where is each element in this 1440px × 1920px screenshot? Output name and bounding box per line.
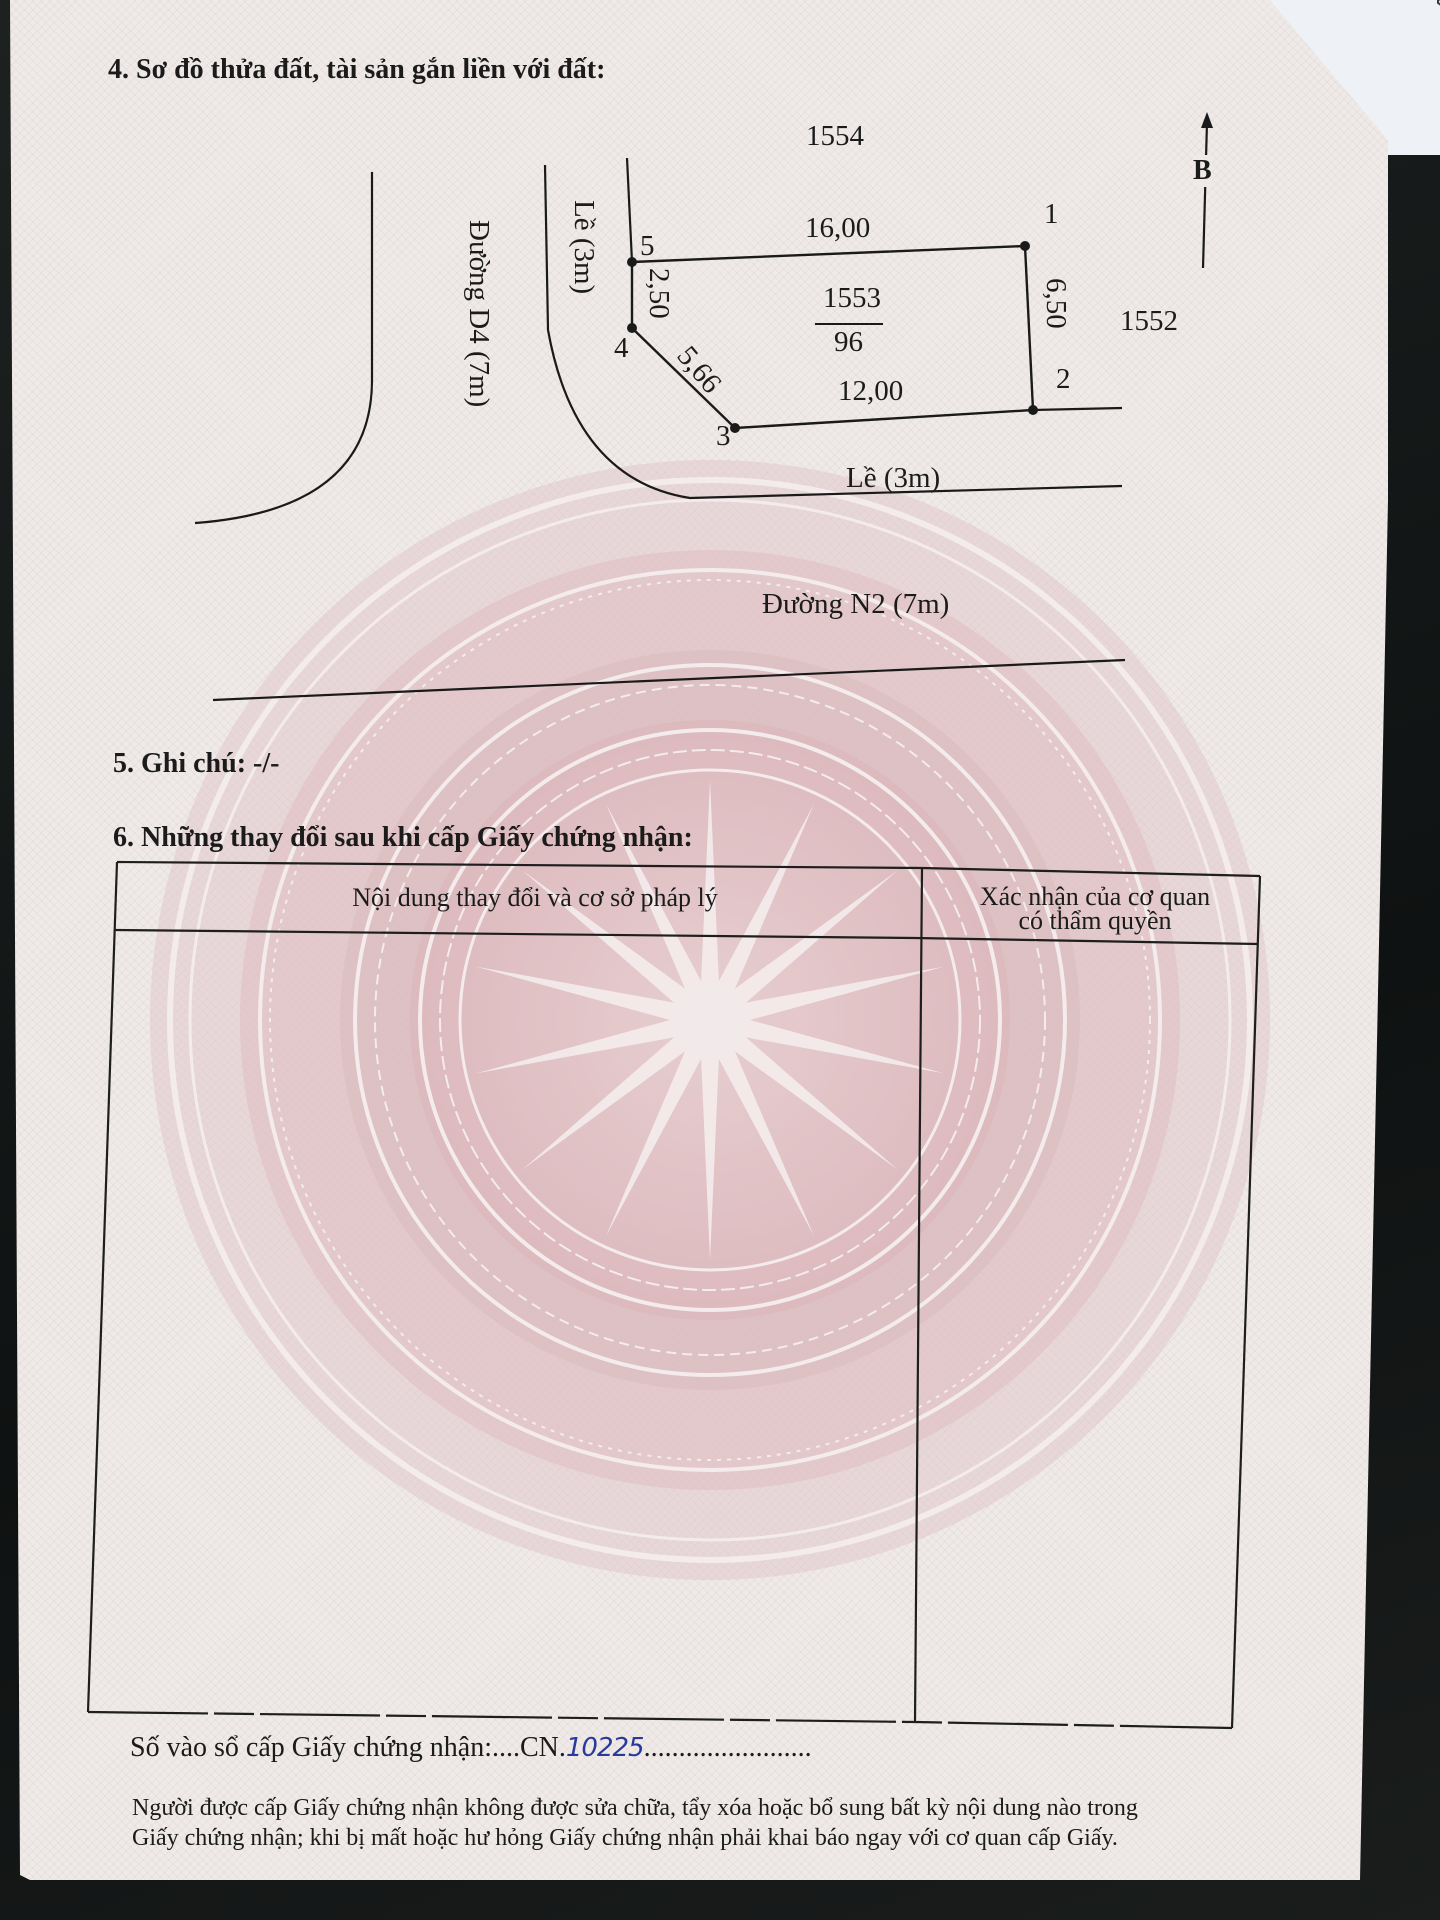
- column-header-confirmation-line2: có thẩm quyền: [945, 908, 1245, 934]
- registry-label: Số vào sổ cấp Giấy chứng nhận:....CN.: [130, 1732, 566, 1763]
- table-left-border: [88, 862, 117, 1712]
- registry-dots: ........................: [644, 1732, 812, 1763]
- table-bottom-border: [88, 1712, 1232, 1728]
- table-top-border: [117, 862, 1260, 876]
- corner-card-text: cộ: [1433, 0, 1440, 21]
- registry-number-handwritten: 10225: [566, 1733, 644, 1763]
- notice-line-1: Người được cấp Giấy chứng nhận không đượ…: [132, 1793, 1138, 1823]
- changes-table: [10, 0, 1388, 1760]
- notice-line-2: Giấy chứng nhận; khi bị mất hoặc hư hỏng…: [132, 1823, 1118, 1853]
- table-right-border: [1232, 876, 1260, 1728]
- registry-number-line: Số vào sổ cấp Giấy chứng nhận:....CN.102…: [130, 1732, 812, 1764]
- certificate-page: 4. Sơ đồ thửa đất, tài sản gắn liền với …: [10, 0, 1388, 1880]
- table-column-divider: [915, 868, 922, 1722]
- column-header-changes: Nội dung thay đổi và cơ sở pháp lý: [315, 885, 755, 911]
